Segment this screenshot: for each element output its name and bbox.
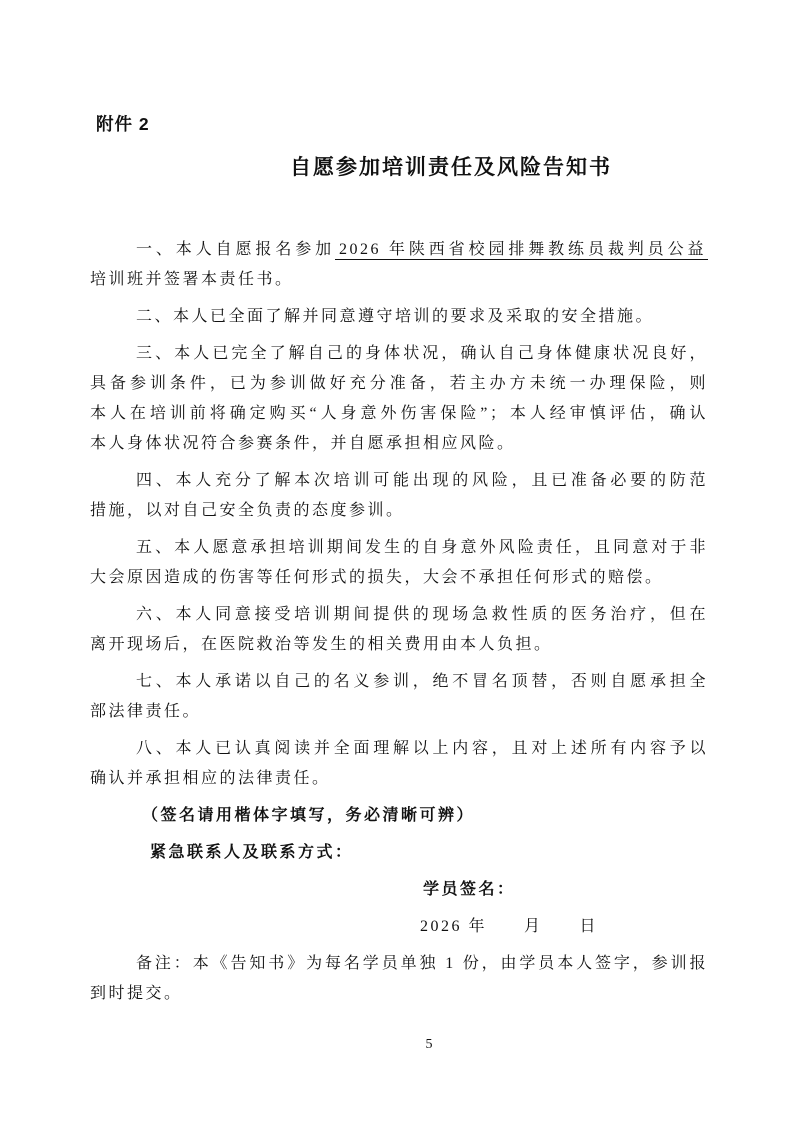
- document-title: 自愿参加培训责任及风险告知书: [90, 152, 760, 182]
- clause-4-line-2: 措施，以对自己安全负责的态度参训。: [90, 496, 708, 526]
- document-body: 一、本人自愿报名参加2026 年陕西省校园排舞教练员裁判员公益 培训班并签署本责…: [90, 235, 708, 1009]
- clause-1-line-1: 一、本人自愿报名参加2026 年陕西省校园排舞教练员裁判员公益: [90, 235, 708, 265]
- clause-5-line-2: 大会原因造成的伤害等任何形式的损失，大会不承担任何形式的赔偿。: [90, 563, 708, 593]
- clause-5-line-1: 五、本人愿意承担培训期间发生的自身意外风险责任，且同意对于非: [90, 533, 708, 563]
- clause-5: 五、本人愿意承担培训期间发生的自身意外风险责任，且同意对于非 大会原因造成的伤害…: [90, 533, 708, 593]
- clause-7-line-1: 七、本人承诺以自己的名义参训，绝不冒名顶替，否则自愿承担全: [90, 667, 708, 697]
- clause-6-line-2: 离开现场后，在医院救治等发生的相关费用由本人负担。: [90, 630, 708, 660]
- trainee-signature-label: 学员签名：: [90, 875, 708, 905]
- emergency-contact-label: 紧急联系人及联系方式：: [90, 838, 708, 868]
- clause-8-line-1: 八、本人已认真阅读并全面理解以上内容，且对上述所有内容予以: [90, 734, 708, 764]
- remark: 备注：本《告知书》为每名学员单独 1 份，由学员本人签字，参训报 到时提交。: [90, 949, 708, 1009]
- remark-line-1: 备注：本《告知书》为每名学员单独 1 份，由学员本人签字，参训报: [90, 949, 708, 979]
- clause-7: 七、本人承诺以自己的名义参训，绝不冒名顶替，否则自愿承担全 部法律责任。: [90, 667, 708, 727]
- clause-7-line-2: 部法律责任。: [90, 697, 708, 727]
- clause-1: 一、本人自愿报名参加2026 年陕西省校园排舞教练员裁判员公益 培训班并签署本责…: [90, 235, 708, 295]
- clause-3: 三、本人已完全了解自己的身体状况，确认自己身体健康状况良好， 具备参训条件，已为…: [90, 339, 708, 459]
- clause-1-underlined-training-name: 2026 年陕西省校园排舞教练员裁判员公益: [335, 241, 708, 260]
- clause-6-line-1: 六、本人同意接受培训期间提供的现场急救性质的医务治疗，但在: [90, 600, 708, 630]
- clause-6: 六、本人同意接受培训期间提供的现场急救性质的医务治疗，但在 离开现场后，在医院救…: [90, 600, 708, 660]
- clause-4: 四、本人充分了解本次培训可能出现的风险，且已准备必要的防范 措施，以对自己安全负…: [90, 466, 708, 526]
- remark-line-2: 到时提交。: [90, 979, 708, 1009]
- clause-2: 二、本人已全面了解并同意遵守培训的要求及采取的安全措施。: [90, 302, 708, 332]
- date-line: 2026 年 月 日: [90, 912, 708, 942]
- clause-1-continuation: 培训班并签署本责任书。: [90, 265, 708, 295]
- clause-8: 八、本人已认真阅读并全面理解以上内容，且对上述所有内容予以 确认并承担相应的法律…: [90, 734, 708, 794]
- clause-3-line-4: 本人身体状况符合参赛条件，并自愿承担相应风险。: [90, 429, 708, 459]
- page-number: 5: [90, 1035, 738, 1055]
- clause-3-line-1: 三、本人已完全了解自己的身体状况，确认自己身体健康状况良好，: [90, 339, 708, 369]
- clause-1-prefix: 一、本人自愿报名参加: [136, 241, 335, 258]
- clause-3-line-3: 本人在培训前将确定购买“人身意外伤害保险”；本人经审慎评估，确认: [90, 399, 708, 429]
- clause-4-line-1: 四、本人充分了解本次培训可能出现的风险，且已准备必要的防范: [90, 466, 708, 496]
- attachment-label: 附件 2: [96, 112, 794, 136]
- clause-3-line-2: 具备参训条件，已为参训做好充分准备，若主办方未统一办理保险，则: [90, 369, 708, 399]
- document-page: 附件 2 自愿参加培训责任及风险告知书 一、本人自愿报名参加2026 年陕西省校…: [0, 0, 794, 1123]
- clause-2-line-1: 二、本人已全面了解并同意遵守培训的要求及采取的安全措施。: [90, 302, 708, 332]
- signature-instruction-note: （签名请用楷体字填写，务必清晰可辨）: [90, 801, 708, 831]
- clause-8-line-2: 确认并承担相应的法律责任。: [90, 764, 708, 794]
